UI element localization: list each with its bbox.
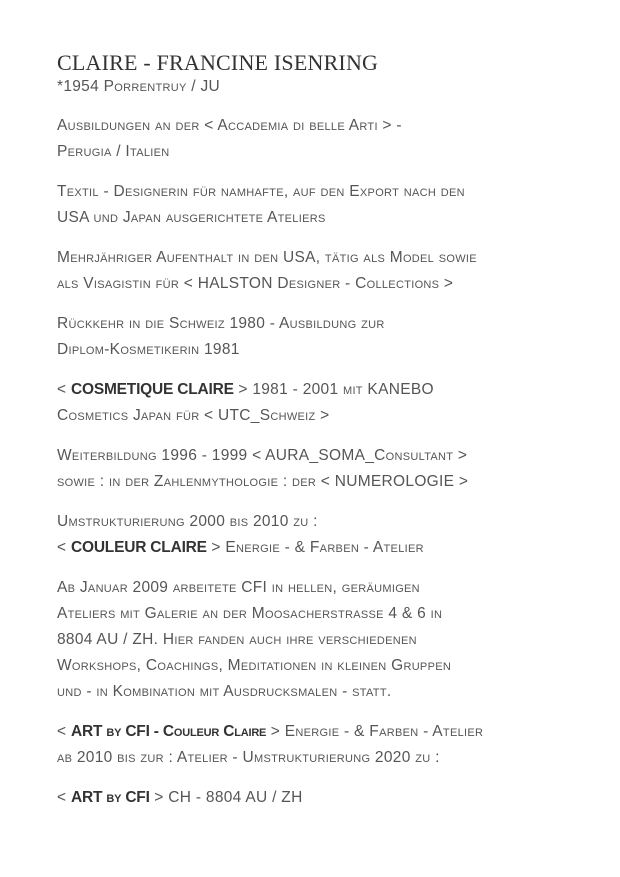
biography-paragraph: Ausbildungen an der < Accademia di belle… [57,113,597,165]
paragraph-line: Ab Januar 2009 arbeitete CFI in hellen, … [57,575,597,601]
text-segment: < [57,539,71,556]
paragraph-line: Workshops, Coachings, Meditationen in kl… [57,653,597,679]
paragraph-line: < ART by CFI - Couleur Claire > Energie … [57,719,597,745]
text-segment: Cosmetics Japan für < UTC_Schweiz > [57,407,329,424]
business-name: ART by CFI - Couleur Claire [71,723,266,740]
biography-paragraph: Ab Januar 2009 arbeitete CFI in hellen, … [57,575,597,705]
paragraph-line: Diplom-Kosmetikerin 1981 [57,337,597,363]
paragraph-line: Weiterbildung 1996 - 1999 < AURA_SOMA_Co… [57,443,597,469]
text-segment: > Energie - & Farben - Atelier [266,723,483,740]
text-segment: als Visagistin für < HALSTON Designer - … [57,275,453,292]
text-segment: ab 2010 bis zur : Atelier - Umstrukturie… [57,749,440,766]
business-name: ART by CFI [71,789,150,806]
biography-paragraph: Mehrjähriger Aufenthalt in den USA, täti… [57,245,597,297]
biography-document: CLAIRE - FRANCINE ISENRING *1954 Porrent… [57,50,597,825]
business-name: COSMETIQUE CLAIRE [71,381,234,398]
text-segment: < [57,789,71,806]
text-segment: USA und Japan ausgerichtete Ateliers [57,209,326,226]
biography-paragraph: < ART by CFI - Couleur Claire > Energie … [57,719,597,771]
biography-paragraph: Textil - Designerin für namhafte, auf de… [57,179,597,231]
text-segment: Workshops, Coachings, Meditationen in kl… [57,657,451,674]
text-segment: Perugia / Italien [57,143,170,160]
biography-paragraph: Weiterbildung 1996 - 1999 < AURA_SOMA_Co… [57,443,597,495]
paragraph-line: und - in Kombination mit Ausdrucksmalen … [57,679,597,705]
text-segment: Ateliers mit Galerie an der Moosacherstr… [57,605,442,622]
text-segment: Mehrjähriger Aufenthalt in den USA, täti… [57,249,477,266]
text-segment: Ab Januar 2009 arbeitete CFI in hellen, … [57,579,420,596]
paragraph-line: Textil - Designerin für namhafte, auf de… [57,179,597,205]
paragraph-line: Ausbildungen an der < Accademia di belle… [57,113,597,139]
text-segment: > CH - 8804 AU / ZH [150,789,303,806]
biography-paragraph: < ART by CFI > CH - 8804 AU / ZH [57,785,597,811]
text-segment: Textil - Designerin für namhafte, auf de… [57,183,465,200]
paragraph-line: sowie : in der Zahlenmythologie : der < … [57,469,597,495]
paragraph-line: < COULEUR CLAIRE > Energie - & Farben - … [57,535,597,561]
text-segment: sowie : in der Zahlenmythologie : der < … [57,473,468,490]
paragraph-line: als Visagistin für < HALSTON Designer - … [57,271,597,297]
text-segment: Diplom-Kosmetikerin 1981 [57,341,240,358]
biography-paragraph: Rückkehr in die Schweiz 1980 - Ausbildun… [57,311,597,363]
paragraph-line: Mehrjähriger Aufenthalt in den USA, täti… [57,245,597,271]
paragraph-line: < ART by CFI > CH - 8804 AU / ZH [57,785,597,811]
text-segment: Umstrukturierung 2000 bis 2010 zu : [57,513,318,530]
biography-paragraph: Umstrukturierung 2000 bis 2010 zu :< COU… [57,509,597,561]
paragraph-line: 8804 AU / ZH. Hier fanden auch ihre vers… [57,627,597,653]
paragraph-line: Perugia / Italien [57,139,597,165]
biography-paragraphs: Ausbildungen an der < Accademia di belle… [57,113,597,811]
text-segment: < [57,723,71,740]
text-segment: > Energie - & Farben - Atelier [207,539,424,556]
paragraph-line: Rückkehr in die Schweiz 1980 - Ausbildun… [57,311,597,337]
paragraph-line: Umstrukturierung 2000 bis 2010 zu : [57,509,597,535]
paragraph-line: Cosmetics Japan für < UTC_Schweiz > [57,403,597,429]
text-segment: und - in Kombination mit Ausdrucksmalen … [57,683,391,700]
biography-paragraph: < COSMETIQUE CLAIRE > 1981 - 2001 mit KA… [57,377,597,429]
text-segment: Rückkehr in die Schweiz 1980 - Ausbildun… [57,315,385,332]
paragraph-line: < COSMETIQUE CLAIRE > 1981 - 2001 mit KA… [57,377,597,403]
paragraph-line: USA und Japan ausgerichtete Ateliers [57,205,597,231]
paragraph-line: Ateliers mit Galerie an der Moosacherstr… [57,601,597,627]
birth-info: *1954 Porrentruy / JU [57,76,597,98]
page-title: CLAIRE - FRANCINE ISENRING [57,50,597,76]
paragraph-line: ab 2010 bis zur : Atelier - Umstrukturie… [57,745,597,771]
text-segment: Weiterbildung 1996 - 1999 < AURA_SOMA_Co… [57,447,467,464]
text-segment: 8804 AU / ZH. Hier fanden auch ihre vers… [57,631,417,648]
text-segment: > 1981 - 2001 mit KANEBO [234,381,434,398]
text-segment: Ausbildungen an der < Accademia di belle… [57,117,402,134]
business-name: COULEUR CLAIRE [71,539,207,556]
text-segment: < [57,381,71,398]
